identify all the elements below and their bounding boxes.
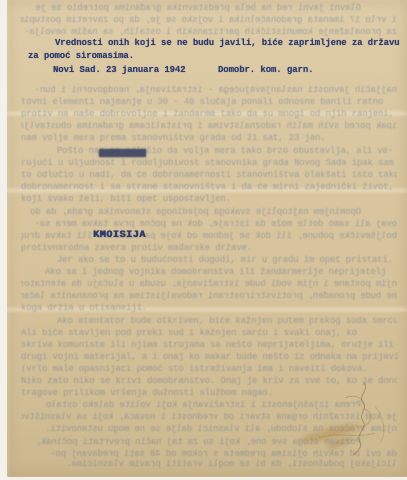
bleedthrough-line: protiv na naše dobrovoljne i žandarme ta… [21, 109, 397, 119]
bleedthrough-line: drugi vojni materijal, a i onaj ko makar… [21, 352, 397, 362]
bleedthrough-line: nam volje mera prema stanovništva grada … [21, 133, 397, 143]
bleedthrough-line: tovni elementi najmanje u 30 - 40 slučaj… [21, 97, 397, 107]
bleedthrough-line: koga držia u otisaneiji. [21, 303, 397, 313]
bleedthrough-line: ovaj ali samo dotle može da istraje, dok… [21, 219, 397, 229]
bleedthrough-line: ne bude pronađen, protivstrirostrani rad… [21, 291, 397, 301]
bleedthrough-line: njim postane i njim vodi bude istraživan… [21, 279, 397, 289]
scanned-letter-paper: Glavni javni red na bela predstavnika gr… [7, 0, 407, 477]
bleedthrough-line: (vrlo male opasnijaci pomoć sto istraživ… [21, 364, 397, 374]
bleedthrough-line: Glavni javni red na bela predstavnika gr… [21, 3, 397, 13]
bleedthrough-line: boljševičke pobune, ili dok se jednom od… [21, 231, 397, 241]
bleedthrough-line: skriva komuniste ili njima strujama sa n… [21, 340, 397, 350]
pencil-scribble [305, 376, 405, 466]
bleedthrough-line: Opominjem najtoplije svakoga pojedinoga … [21, 207, 397, 217]
bleedthrough-line: Pošto nas se odlučio da volja mera tako … [21, 146, 397, 156]
overtyped-redaction-mark [99, 149, 146, 157]
bleedthrough-line: Ali biće stavljen pod preki sud i kažnje… [21, 328, 397, 338]
dateline-unit: Domobr. kom. garn. [218, 65, 313, 75]
bleedthrough-line: Ako sa i jednog vojnika domobranstva ili… [21, 267, 397, 277]
bleedthrough-line: rujući u uljudnost i rodoljubivost stano… [21, 158, 397, 168]
bleedthrough-line: protivnarodna zavera protiv mađarske drž… [21, 243, 397, 253]
bleedthrough-line: koji svako želi, biti opet uspostavljen. [21, 194, 397, 204]
bleedthrough-line: dobronamernost i sa strane stanovništva … [21, 182, 397, 192]
bleedthrough-line: najjačih javnosti naslanjavajućega - ist… [21, 85, 397, 95]
notice-line-2: za pomoć siromasima. [28, 51, 134, 61]
bleedthrough-line: za pronalaženje komunističkih partizansk… [21, 27, 397, 37]
bleedthrough-line: Ako atentator bude otkriven, biće kažnje… [21, 316, 397, 326]
notice-line-1: Vrednosti onih koji se ne budu javili, b… [55, 38, 400, 48]
overstruck-word: KMOISIJA [93, 230, 146, 241]
bleedthrough-line: Jer ako se to u budućnosti dogodi, mir u… [21, 255, 397, 265]
dateline-place: Novi Sad. 23 januara 1942 [53, 65, 186, 75]
bleedthrough-line: i vrlo 17 imenata gradonačelnika i vojsk… [21, 15, 397, 25]
bleedthrough-line: ipak pored svih malih radoznalstvima i p… [21, 121, 397, 131]
bleedthrough-line: to odlučio u nadi, da će dobronamernosti… [21, 170, 397, 180]
